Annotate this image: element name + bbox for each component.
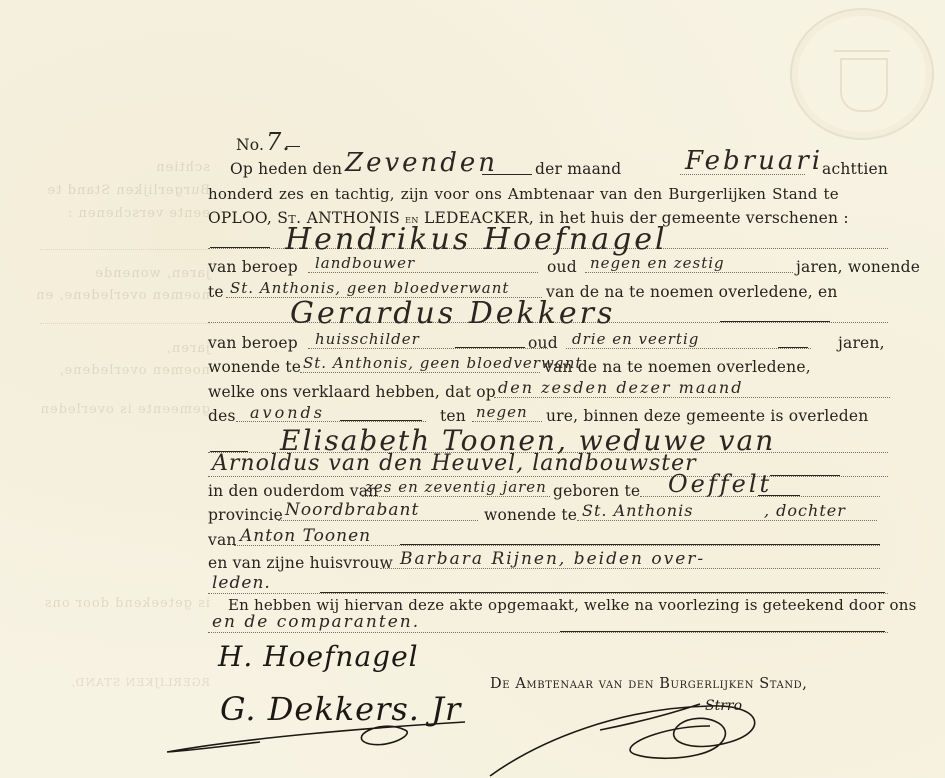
hand-witness1-name: Hendrikus Hoefnagel — [285, 222, 668, 257]
number-label: No. — [236, 136, 264, 154]
hand-time-of-day: avonds — [250, 403, 325, 422]
fill-dots — [577, 520, 877, 521]
hand-day: Zevenden — [345, 148, 498, 178]
fill-dots — [585, 272, 793, 273]
hand-birthplace: Oeffelt — [668, 470, 772, 498]
signature-official-flourish-icon — [480, 700, 800, 778]
certificate-number: 7. — [266, 128, 291, 156]
hand-father-name: Anton Toonen — [240, 526, 371, 546]
hand-witness2-residence: St. Anthonis, geen bloedverwant — [303, 354, 582, 372]
hand-deceased-age: zes en zeventig jaren — [365, 478, 547, 496]
bleed-through-text: eente verschenen : — [30, 206, 210, 221]
fill-rule — [758, 495, 800, 496]
hand-witness1-age: negen en zestig — [590, 254, 725, 272]
fill-dots — [494, 397, 890, 398]
fill-rule — [560, 631, 885, 632]
bleed-through-text: noemen overledene, — [30, 363, 210, 378]
fill-dots — [362, 496, 550, 497]
hand-witness2-name: Gerardus Dekkers — [290, 296, 615, 331]
fill-dots — [472, 421, 542, 422]
text-na-te-noemen-2: van de na te noemen overledene, — [544, 358, 811, 376]
bleed-through-text: jaren, — [30, 341, 210, 356]
hand-witness1-profession: landbouwer — [315, 254, 415, 272]
embossed-seal-icon — [790, 8, 934, 140]
fill-rule — [340, 420, 422, 421]
text-jaren-wonende: jaren, wonende — [796, 258, 920, 276]
text-achttien: achttien — [822, 160, 888, 178]
fill-rule — [320, 592, 885, 593]
bleed-through-text: Burgerlijken Stand te — [30, 183, 210, 198]
fill-rule — [482, 174, 532, 175]
bleed-through-rule — [40, 323, 210, 324]
bleed-through-text: is geteekend door ons — [30, 596, 210, 611]
bleed-through-text: RGERLIJKEN STAND, — [30, 676, 210, 689]
hand-death-date: den zesden dezer maand — [498, 378, 743, 397]
hand-mother-name: Barbara Rijnen, beiden over- — [400, 549, 705, 569]
text-geboren-te: geboren te — [553, 482, 640, 500]
signature-witness1: H. Hoefnagel — [218, 640, 419, 673]
bleed-through-text: gemeente is overleden — [30, 402, 210, 417]
bleed-through-text: schtien — [30, 160, 210, 175]
seal-crown — [834, 30, 890, 52]
bleed-through-text: jaren, wonende — [30, 266, 210, 281]
text-huisvrouw: en van zijne huisvrouw — [208, 554, 393, 572]
text-ouderdom: in den ouderdom van — [208, 482, 378, 500]
text-van-beroep-2: van beroep — [208, 334, 298, 352]
text-verklaard: welke ons verklaard hebben, dat op — [208, 383, 496, 401]
hand-deceased-residence: St. Anthonis — [582, 501, 693, 520]
text-official-caption: De Ambtenaar van den Burgerlijken Stand, — [490, 676, 808, 692]
text-ten: ten — [440, 407, 466, 425]
text-oud-2: oud — [528, 334, 558, 352]
hand-hour: negen — [476, 403, 528, 421]
text-oploo: OPLOO, — [208, 209, 277, 227]
text-is-overleden: ure, binnen deze gemeente is overleden — [546, 407, 868, 425]
hand-month: Februari — [685, 146, 823, 176]
hand-closing: en de comparanten. — [212, 612, 420, 632]
hand-province: Noordbrabant — [285, 500, 419, 520]
text-op-heden: Op heden den — [230, 160, 342, 178]
fill-dots — [566, 348, 811, 349]
fill-rule — [778, 347, 808, 348]
text-des: des — [208, 407, 236, 425]
fill-dots — [278, 520, 478, 521]
signature-flourish-icon — [165, 720, 485, 770]
text-der-maand: der maand — [535, 160, 621, 178]
hand-daughter-of: , dochter — [764, 501, 846, 520]
text-te: te — [208, 283, 224, 301]
fill-rule — [720, 321, 830, 322]
seal-shield — [840, 58, 888, 112]
fill-rule — [400, 544, 880, 545]
hand-witness2-age: drie en veertig — [572, 330, 699, 348]
text-van: van — [208, 531, 237, 549]
fill-dots — [308, 272, 538, 273]
fill-dots — [208, 632, 888, 633]
text-jaren: jaren, — [838, 334, 885, 352]
bleed-through-text: noemen overledene, en — [30, 288, 210, 303]
fill-rule — [770, 475, 840, 476]
bleed-through-rule — [40, 249, 210, 250]
fill-dots — [300, 372, 540, 373]
fill-dots — [208, 593, 888, 594]
text-oud: oud — [547, 258, 577, 276]
hand-witness2-profession: huisschilder — [315, 330, 420, 348]
fill-dots — [308, 348, 548, 349]
text-line-2: honderd zes en tachtig, zijn voor ons Am… — [208, 185, 839, 203]
hand-mother-cont: leden. — [212, 573, 271, 593]
text-wonende-te: wonende te — [208, 358, 301, 376]
fill-rule — [455, 347, 525, 348]
number-dash — [286, 146, 300, 147]
text-provincie: provincie — [208, 506, 283, 524]
hand-witness1-residence: St. Anthonis, geen bloedverwant — [230, 279, 509, 297]
fill-dots — [208, 476, 888, 477]
fill-rule — [210, 247, 270, 248]
hand-deceased-spouse: Arnoldus van den Heuvel, landbouwster — [212, 451, 697, 476]
text-wonende-te-2: wonende te — [484, 506, 577, 524]
text-van-beroep: van beroep — [208, 258, 298, 276]
